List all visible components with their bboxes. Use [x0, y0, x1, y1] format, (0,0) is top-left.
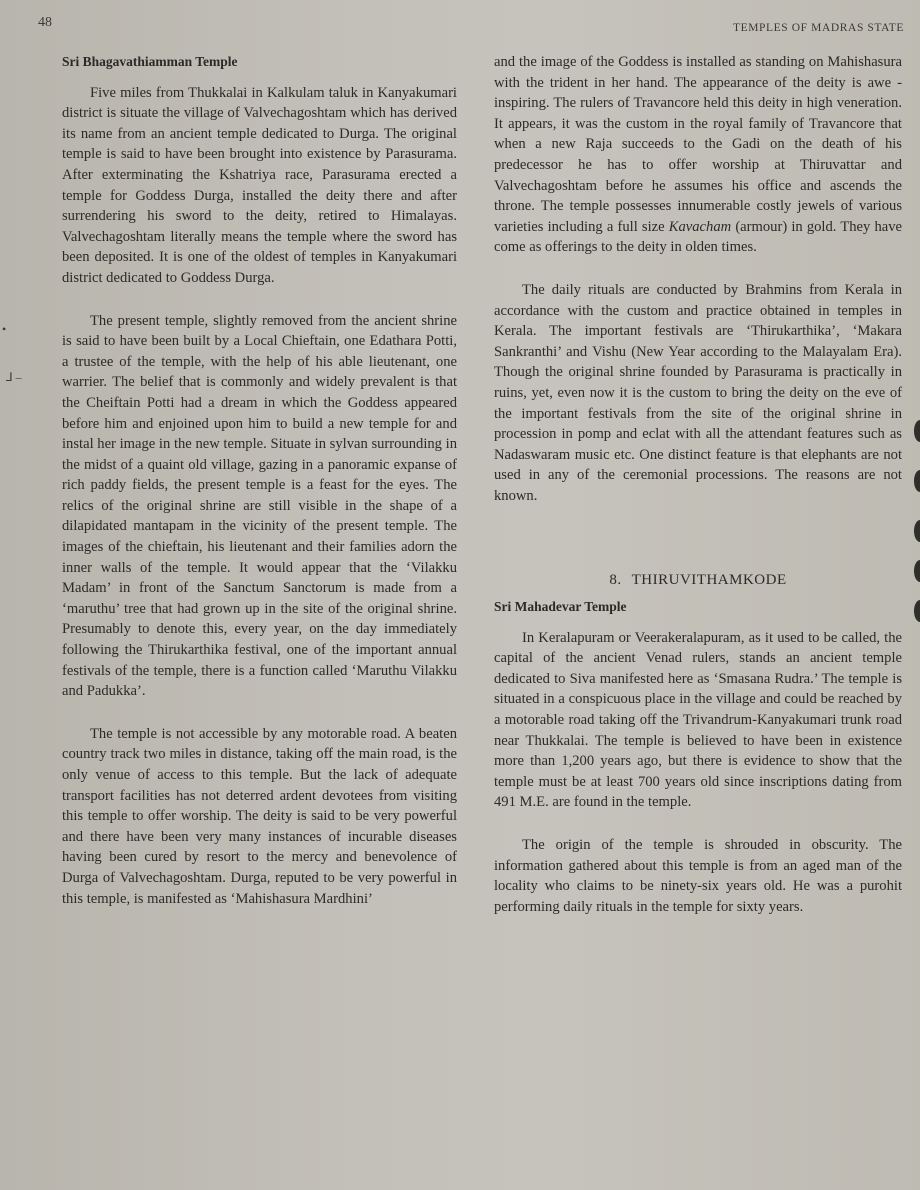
section-title-bhagavathiamman: Sri Bhagavathiamman Temple — [62, 52, 457, 73]
margin-dot-mark: • — [2, 322, 6, 337]
paragraph-obscurity: The origin of the temple is shrouded in … — [494, 835, 902, 917]
margin-pencil-mark: ⅃ – — [6, 370, 22, 385]
paragraph-continued: and the image of the Goddess is installe… — [494, 52, 902, 258]
running-head: TEMPLES OF MADRAS STATE — [733, 22, 904, 34]
chapter-heading: 8.THIRUVITHAMKODE — [494, 570, 902, 591]
paragraph-access: The temple is not accessible by any moto… — [62, 724, 457, 909]
right-column: and the image of the Goddess is installe… — [494, 52, 902, 917]
binding-hole — [914, 600, 920, 622]
section-title-mahadevar: Sri Mahadevar Temple — [494, 597, 902, 618]
binding-hole — [914, 560, 920, 582]
chapter-number: 8. — [609, 572, 621, 588]
binding-hole — [914, 420, 920, 442]
paragraph-origin: Five miles from Thukkalai in Kalkulam ta… — [62, 83, 457, 289]
chapter-title: THIRUVITHAMKODE — [632, 572, 787, 588]
paragraph-rituals: The daily rituals are conducted by Brahm… — [494, 280, 902, 507]
kavacham-italic: Kavacham — [669, 219, 731, 235]
binding-hole — [914, 470, 920, 492]
paragraph-keralapuram: In Keralapuram or Veerakeralapuram, as i… — [494, 628, 902, 813]
continued-text-start: and the image of the Goddess is installe… — [494, 54, 902, 235]
binding-hole — [914, 520, 920, 542]
page-number: 48 — [38, 15, 52, 31]
paragraph-present-temple: The present temple, slightly removed fro… — [62, 311, 457, 702]
left-column: Sri Bhagavathiamman Temple Five miles fr… — [62, 52, 457, 909]
